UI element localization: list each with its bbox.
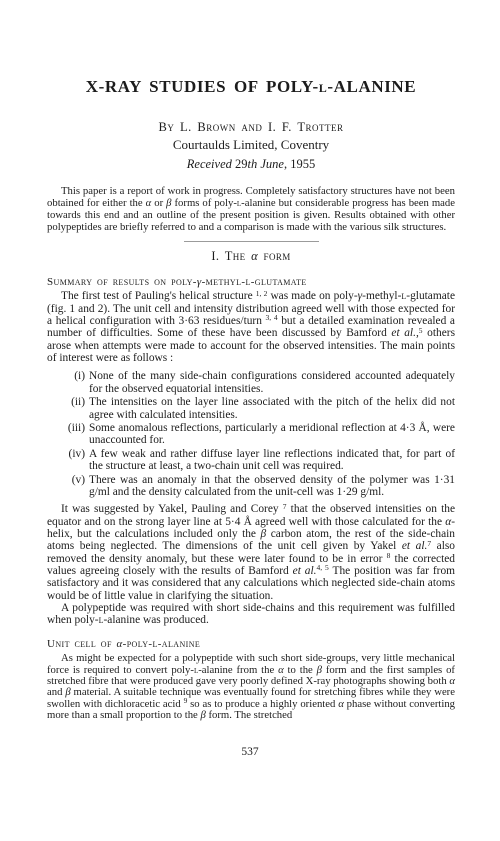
list-item: (ii)The intensities on the layer line as… xyxy=(47,396,455,421)
page-number: 537 xyxy=(0,746,500,758)
section-divider xyxy=(184,241,319,242)
list-item: (v)There was an anomaly in that the obse… xyxy=(47,474,455,499)
list-item-text: None of the many side-chain configuratio… xyxy=(89,370,455,394)
list-item: (iv)A few weak and rather diffuse layer … xyxy=(47,448,455,473)
affiliation: Courtaulds Limited, Coventry xyxy=(47,137,455,153)
paragraph-first-test: The first test of Pauling's helical stru… xyxy=(47,290,455,364)
abstract-paragraph: This paper is a report of work in progre… xyxy=(47,185,455,233)
list-item-marker: (iii) xyxy=(49,422,85,434)
list-item-text: There was an anomaly in that the observe… xyxy=(89,474,455,498)
paragraph-yakel: It was suggested by Yakel, Pauling and C… xyxy=(47,503,455,602)
list-item-text: A few weak and rather diffuse layer line… xyxy=(89,448,455,472)
section-heading-alpha-form: I. The α form xyxy=(47,249,455,263)
list-item: (i)None of the many side-chain configura… xyxy=(47,370,455,395)
list-item-text: Some anomalous reflections, particularly… xyxy=(89,422,455,446)
list-item-marker: (ii) xyxy=(49,396,85,408)
paragraph-polypeptide: A polypeptide was required with short si… xyxy=(47,602,455,627)
received-date: Received 29th June, 1955 xyxy=(47,157,455,172)
list-item-marker: (v) xyxy=(49,474,85,486)
list-item-marker: (i) xyxy=(49,370,85,382)
subsection-heading-unit-cell: Unit cell of α-poly-l-alanine xyxy=(47,638,455,651)
authors-line: By L. Brown and I. F. Trotter xyxy=(47,120,455,135)
subsection-heading-summary: Summary of results on poly-γ-methyl-l-gl… xyxy=(47,276,455,289)
list-item-text: The intensities on the layer line associ… xyxy=(89,396,455,420)
paper-title: X-RAY STUDIES OF POLY-l-ALANINE xyxy=(47,78,455,96)
document-page: X-RAY STUDIES OF POLY-l-ALANINE By L. Br… xyxy=(0,0,500,841)
list-item-marker: (iv) xyxy=(49,448,85,460)
numbered-list: (i)None of the many side-chain configura… xyxy=(47,370,455,498)
paragraph-unit-cell: As might be expected for a polypeptide w… xyxy=(47,653,455,721)
list-item: (iii)Some anomalous reflections, particu… xyxy=(47,422,455,447)
